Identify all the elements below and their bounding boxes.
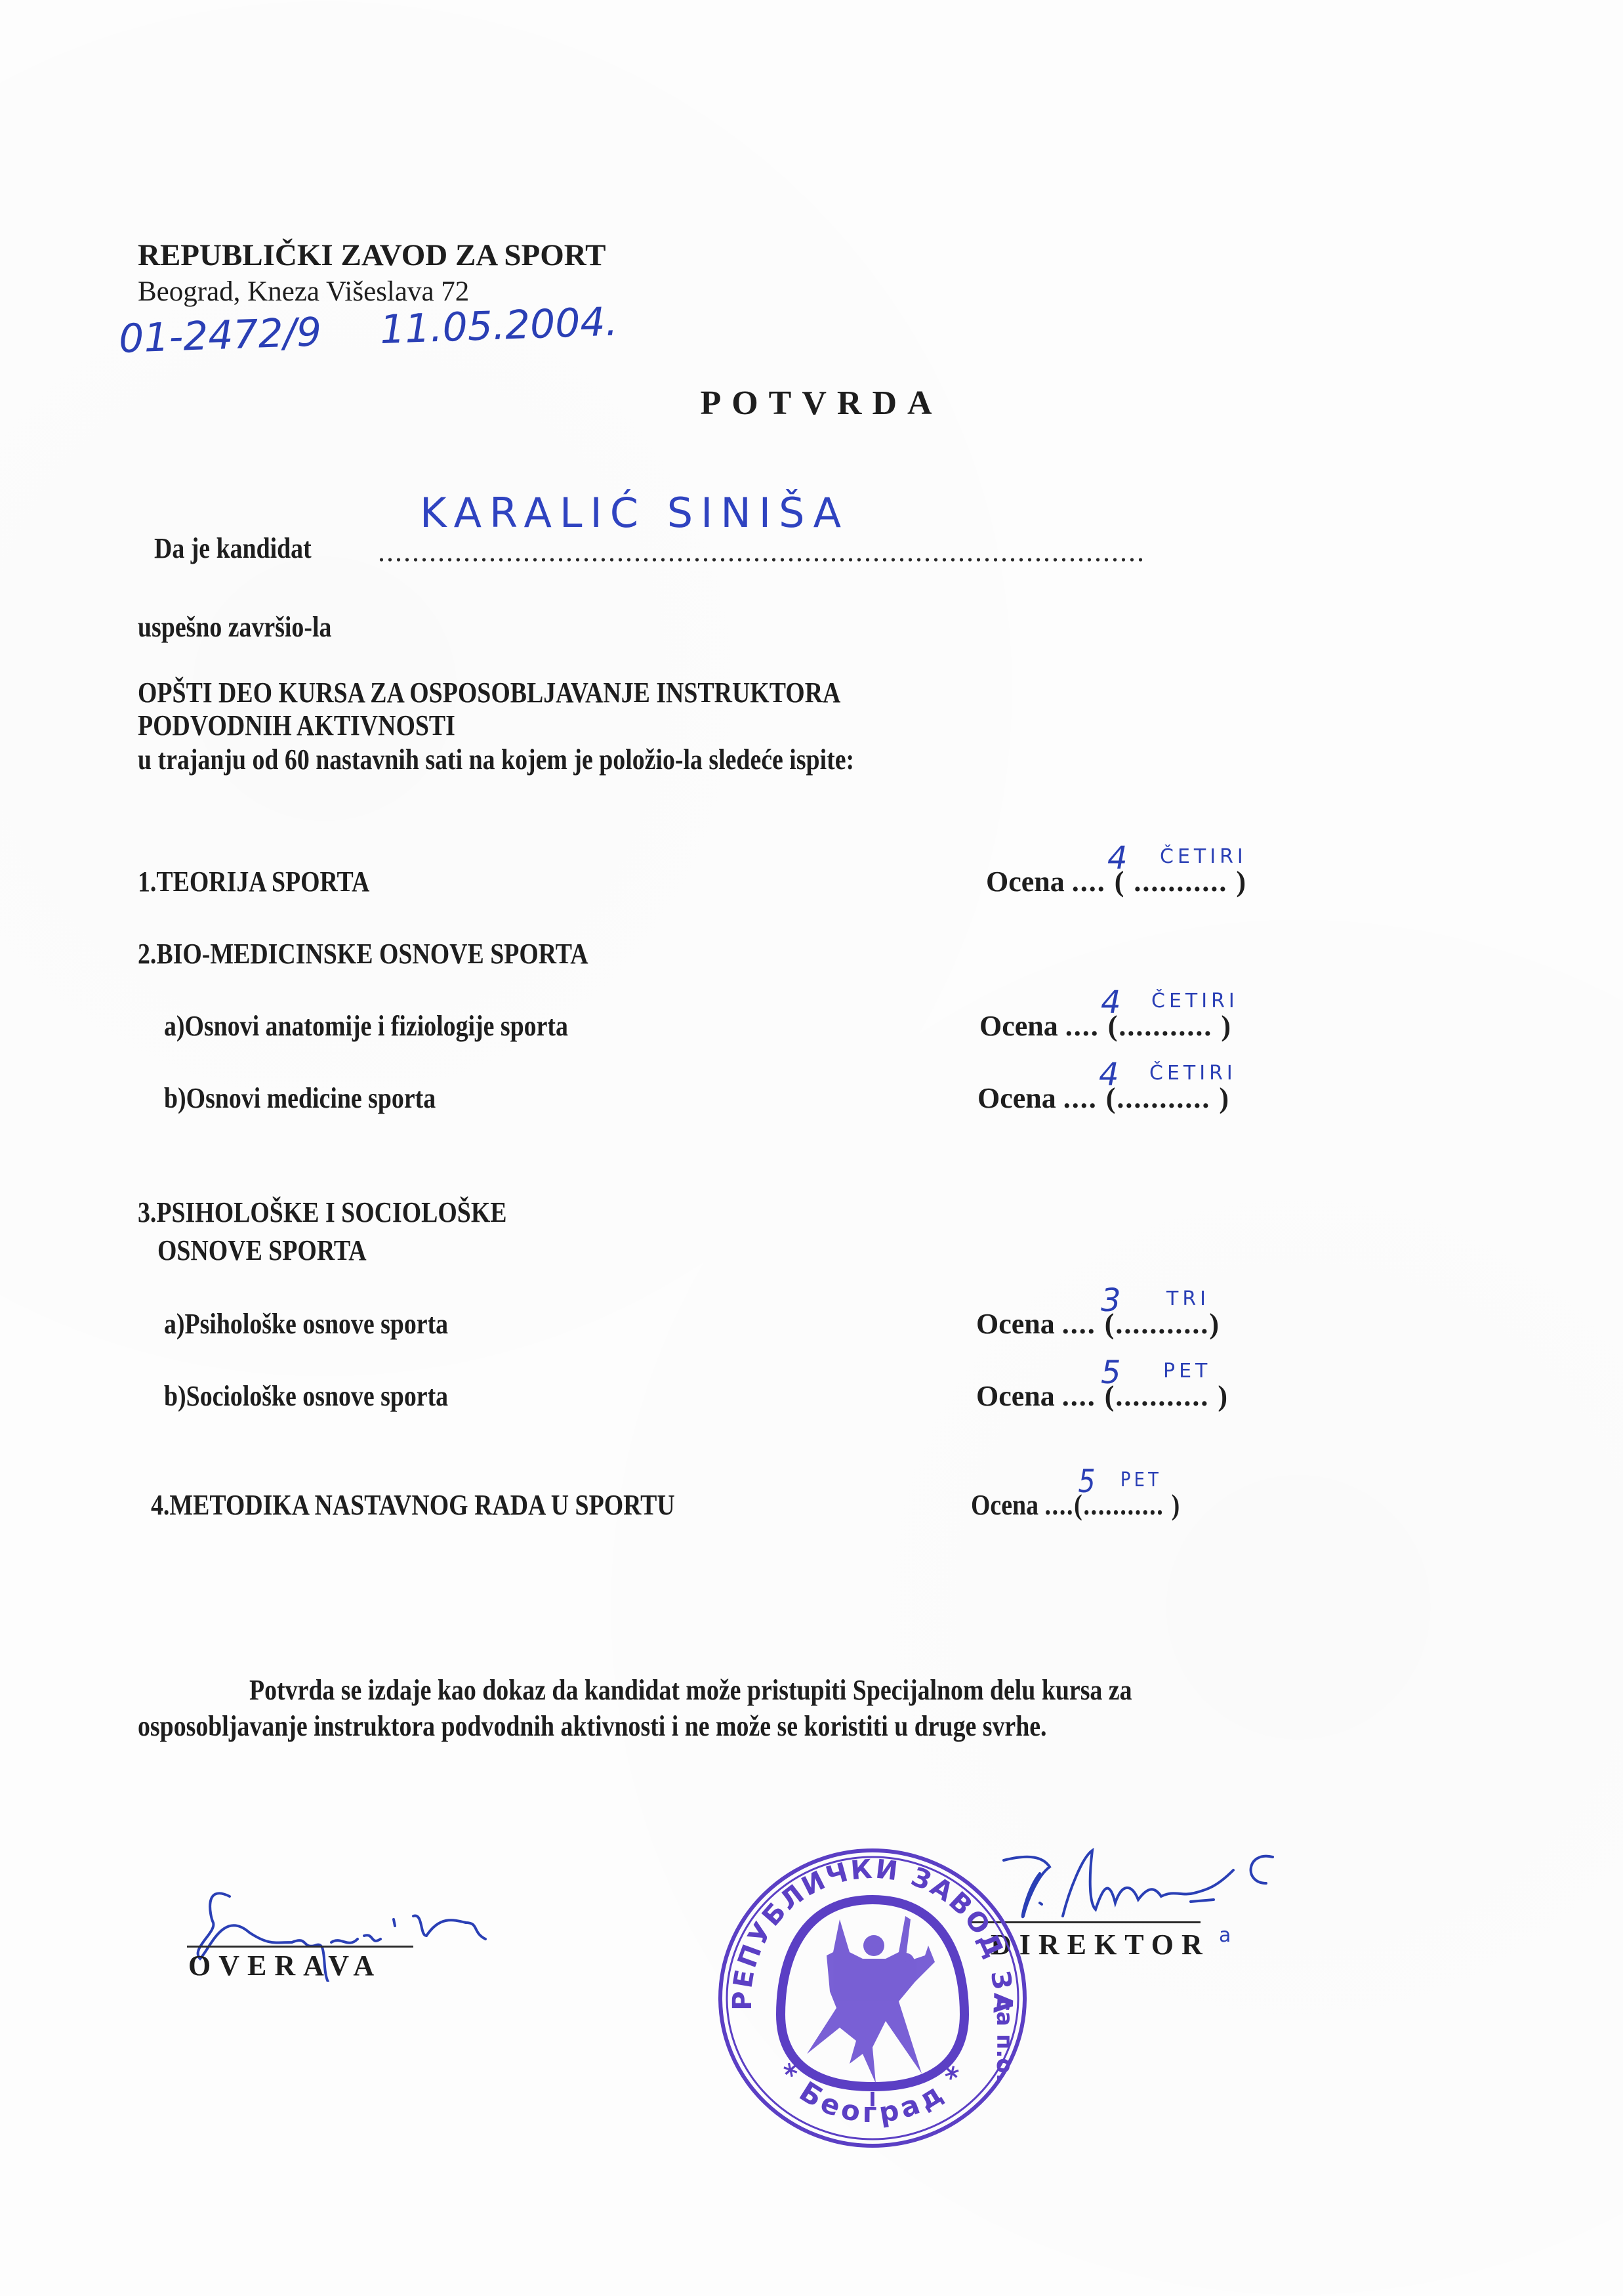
course-title-line-1: OPŠTI DEO KURSA ZA OSPOSOBLJAVANJE INSTR… xyxy=(138,676,840,709)
exam-section-label-line-2: OSNOVE SPORTA xyxy=(157,1234,367,1267)
course-title-line-2: PODVODNIH AKTIVNOSTI xyxy=(138,709,455,742)
closing-text-line-1: Potvrda se izdaje kao dokaz da kandidat … xyxy=(249,1673,1132,1707)
stamp-ring-suffix: са п.о. xyxy=(991,1998,1017,2082)
candidate-name: KARALIĆ SINIŠA xyxy=(420,489,849,537)
director-suffix: a xyxy=(1219,1924,1231,1947)
exam-label: a)Osnovi anatomije i fiziologije sporta xyxy=(164,1009,568,1043)
grade-value: 5 xyxy=(1101,1354,1121,1391)
grade-row: Ocena .... (........... ) 5 PET xyxy=(976,1379,1229,1413)
institution-name: REPUBLIČKI ZAVOD ZA SPORT xyxy=(138,238,606,273)
course-duration-line: u trajanju od 60 nastavnih sati na kojem… xyxy=(138,743,854,776)
grade-word: TRI xyxy=(1166,1287,1210,1310)
grade-word: PET xyxy=(1163,1360,1211,1383)
grade-word: PET xyxy=(1120,1469,1162,1492)
grade-row: Ocena .... (...........) 3 TRI xyxy=(976,1307,1220,1341)
grade-row: Ocena .... (........... ) 4 ČETIRI xyxy=(979,1009,1232,1043)
grade-label: Ocena xyxy=(979,1010,1058,1042)
grade-value: 4 xyxy=(1101,984,1121,1021)
document-title: POTVRDA xyxy=(0,384,1623,423)
institution-address: Beograd, Kneza Višeslava 72 xyxy=(138,276,469,308)
reference-line: 01-2472/9 11.05.2004. xyxy=(118,299,619,362)
completed-label: uspešno završio-la xyxy=(138,610,331,644)
grade-label: Ocena xyxy=(976,1308,1055,1340)
stamp-number: I xyxy=(869,2089,876,2112)
grade-word: ČETIRI xyxy=(1149,1062,1237,1085)
reference-number: 01-2472/9 xyxy=(118,309,322,362)
closing-text-line-2: osposobljavanje instruktora podvodnih ak… xyxy=(138,1709,1047,1743)
issue-date: 11.05.2004. xyxy=(379,299,619,353)
grade-value: 4 xyxy=(1107,840,1128,877)
grade-value: 4 xyxy=(1099,1056,1119,1093)
grade-row: Ocena .... ( ........... ) 4 ČETIRI xyxy=(986,865,1247,898)
candidate-label: Da je kandidat xyxy=(154,532,312,565)
grade-word: ČETIRI xyxy=(1160,845,1247,868)
exam-section-label: 3.PSIHOLOŠKE I SOCIOLOŠKE xyxy=(138,1196,507,1229)
grade-row: Ocena ....(........... ) 5 PET xyxy=(971,1488,1181,1522)
official-stamp: РЕПУБЛИЧКИ ЗАВОД ЗА СПОРТ са п.о. * Беог… xyxy=(709,1831,1037,2159)
stamp-emblem-figures-icon xyxy=(807,1916,935,2083)
exam-label: 4.METODIKA NASTAVNOG RADA U SPORTU xyxy=(151,1488,675,1522)
grade-label: Ocena xyxy=(977,1082,1056,1114)
grade-value: 3 xyxy=(1101,1282,1121,1319)
verifier-signature-line xyxy=(187,1946,413,1948)
verifier-label: OVERAVA xyxy=(188,1949,382,1982)
grade-label: Ocena xyxy=(971,1489,1038,1521)
grade-word: ČETIRI xyxy=(1151,990,1239,1012)
grade-row: Ocena .... (........... ) 4 ČETIRI xyxy=(977,1081,1230,1115)
exam-label: b)Sociološke osnove sporta xyxy=(164,1379,448,1413)
exam-label: 1.TEORIJA SPORTA xyxy=(138,865,369,898)
grade-label: Ocena xyxy=(976,1380,1055,1412)
grade-value: 5 xyxy=(1078,1463,1095,1500)
candidate-dotted-line xyxy=(377,556,1145,563)
exam-section-label: 2.BIO-MEDICINSKE OSNOVE SPORTA xyxy=(138,937,588,971)
exam-label: a)Psihološke osnove sporta xyxy=(164,1307,448,1341)
grade-label: Ocena xyxy=(986,866,1065,898)
exam-label: b)Osnovi medicine sporta xyxy=(164,1081,436,1115)
